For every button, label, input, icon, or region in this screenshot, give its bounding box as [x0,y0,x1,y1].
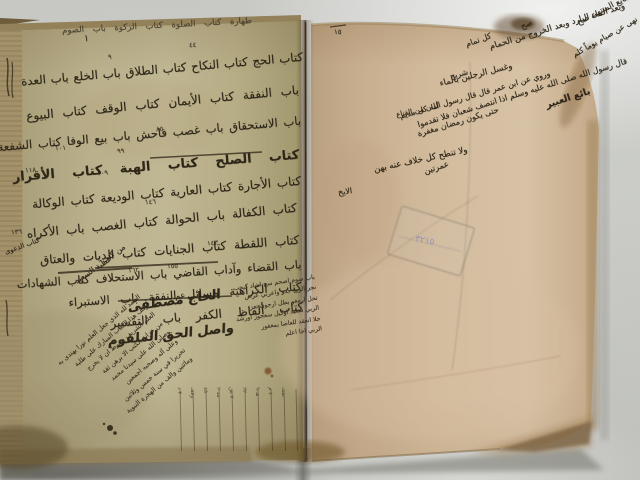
ledger-mark: ٢٢ [241,387,247,455]
margin-number: ١٦٢ [128,267,139,275]
ledger-mark: هـ ٩ [254,387,260,455]
ledger-mark: تمت [280,387,286,455]
ledger-mark: مد ٢ [215,387,221,455]
catchword: ١٥ [334,29,342,36]
margin-number: ١٤٣ [207,240,218,248]
ledger-mark: ٤٥ [202,387,208,455]
margin-number: ١٣٦ [11,229,22,237]
ledger-mark: ٣ د [176,387,182,455]
manuscript-photo: طهارة كتاب الصلوة كتاب الزكوة باب الصوم … [0,0,640,480]
margin-number: ٤٤ [189,42,197,49]
ledger-mark: ٧ س [228,387,234,455]
ledger-mark: وقف [189,387,195,455]
margin-number: ٩ [108,54,112,61]
ledger-mark: ٤ م [267,387,273,455]
margin-number: ٩٩ [117,148,125,155]
folio-number: ۱ [84,35,89,44]
margin-number: ٨٥ [156,126,164,133]
ledger-marks: ٣ د وقف ٤٥ مد ٢ ٧ س ٢٢ هـ ٩ ٤ م تمت [176,387,286,455]
margin-number: ١٠١ [55,145,66,153]
margin-number: ١٥٥ [167,263,178,271]
margin-number: ١١٨ [25,167,36,175]
margin-number: ١٠٩ [97,170,108,178]
margin-number: ١٤٦ [145,199,156,207]
